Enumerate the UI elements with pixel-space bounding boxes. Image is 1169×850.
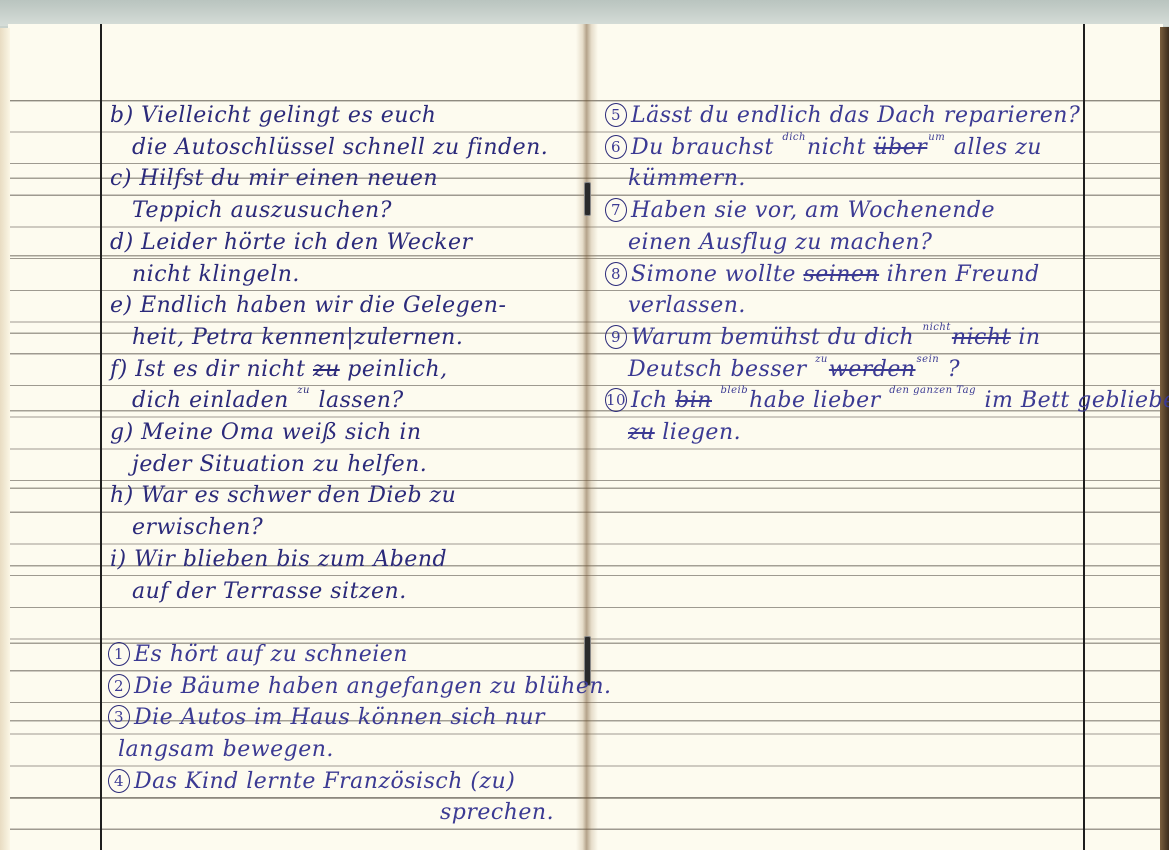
handwritten-line: sprechen. [440, 800, 554, 825]
handwritten-line: 8Simone wollte seinen ihren Freund [605, 262, 1040, 287]
handwritten-line: 7Haben sie vor, am Wochenende [605, 198, 995, 223]
handwritten-word: einen Ausflug zu machen? [628, 230, 932, 255]
handwritten-word: f) Ist es dir nicht [110, 357, 313, 382]
handwritten-line: 3Die Autos im Haus können sich nur [108, 705, 545, 730]
handwritten-line: zu liegen. [628, 420, 741, 445]
handwritten-word: sprechen. [440, 800, 554, 825]
handwritten-word: habe lieber [749, 388, 888, 413]
handwritten-line: verlassen. [628, 293, 746, 318]
handwritten-word: Die Bäume haben angefangen zu blühen. [134, 674, 612, 699]
handwritten-line: Deutsch besser zuwerdensein ? [628, 357, 960, 382]
inserted-correction: nicht [923, 322, 951, 333]
handwritten-line: h) War es schwer den Dieb zu [110, 483, 456, 508]
crossed-out-word: über [873, 135, 927, 160]
handwritten-word: Ich [631, 388, 675, 413]
inserted-correction: den ganzen Tag [889, 385, 976, 396]
staple-top [584, 182, 591, 216]
handwritten-word: kümmern. [628, 166, 746, 191]
handwritten-word: ? [940, 357, 960, 382]
crossed-out-word: werden [829, 357, 916, 382]
handwritten-line: g) Meine Oma weiß sich in [110, 420, 422, 445]
handwritten-word: nicht [807, 135, 874, 160]
handwritten-word: alles zu [946, 135, 1042, 160]
handwritten-word: Lässt du endlich das Dach reparieren? [631, 103, 1080, 128]
left-margin-line [100, 24, 102, 850]
handwritten-line: die Autoschlüssel schnell zu finden. [132, 135, 548, 160]
handwritten-line: dich einladen zu lassen? [132, 388, 404, 413]
handwritten-word: verlassen. [628, 293, 746, 318]
handwritten-line: 5Lässt du endlich das Dach reparieren? [605, 103, 1080, 128]
handwritten-word: in [1011, 325, 1041, 350]
handwritten-line: c) Hilfst du mir einen neuen [110, 166, 438, 191]
handwritten-word: peinlich, [340, 357, 448, 382]
right-margin-line [1083, 24, 1085, 850]
handwritten-word: lassen? [311, 388, 404, 413]
cover-edge-right [1160, 27, 1169, 850]
handwritten-line: 9Warum bemühst du dich nichtnicht in [605, 325, 1041, 350]
inserted-correction: um [928, 132, 945, 143]
handwritten-word: Du brauchst [631, 135, 781, 160]
handwritten-line: nicht klingeln. [132, 262, 300, 287]
handwritten-line: 1Es hört auf zu schneien [108, 642, 408, 667]
scan-background [0, 0, 1169, 26]
handwritten-line: 10Ich bin bleibhabe lieber den ganzen Ta… [605, 388, 1169, 413]
crossed-out-word: zu [313, 357, 340, 382]
crossed-out-word: seinen [803, 262, 879, 287]
circled-number: 9 [605, 325, 627, 349]
handwritten-word: Das Kind lernte Französisch (zu) [134, 769, 515, 794]
circled-number: 6 [605, 135, 627, 159]
inserted-correction: dich [782, 132, 806, 143]
notebook-spine [576, 24, 598, 850]
circled-number: 5 [605, 103, 627, 127]
handwritten-word: Es hört auf zu schneien [134, 642, 408, 667]
handwritten-line: jeder Situation zu helfen. [132, 452, 427, 477]
circled-number: 8 [605, 262, 627, 286]
handwritten-word: Die Autos im Haus können sich nur [134, 705, 545, 730]
handwritten-line: 4Das Kind lernte Französisch (zu) [108, 769, 515, 794]
circled-number: 10 [605, 388, 627, 412]
handwritten-line: 2Die Bäume haben angefangen zu blühen. [108, 674, 612, 699]
circled-number: 7 [605, 198, 627, 222]
handwritten-word: langsam bewegen. [118, 737, 334, 762]
handwritten-line: heit, Petra kennen|zulernen. [132, 325, 463, 350]
crossed-out-word: bin [675, 388, 712, 413]
handwritten-word: Deutsch besser [628, 357, 814, 382]
page-edge-left [0, 28, 10, 850]
handwritten-word: ihren Freund [879, 262, 1040, 287]
handwritten-line: e) Endlich haben wir die Gelegen- [110, 293, 506, 318]
handwritten-word: Haben sie vor, am Wochenende [631, 198, 995, 223]
circled-number: 4 [108, 769, 130, 793]
handwritten-word [712, 388, 720, 413]
inserted-correction: zu [297, 385, 310, 396]
handwritten-line: d) Leider hörte ich den Wecker [110, 230, 473, 255]
circled-number: 2 [108, 674, 130, 698]
handwritten-word: im Bett geblieben, [977, 388, 1169, 413]
handwritten-line: i) Wir blieben bis zum Abend [110, 547, 447, 572]
handwritten-line: kümmern. [628, 166, 746, 191]
inserted-correction: zu [815, 354, 828, 365]
circled-number: 1 [108, 642, 130, 666]
handwritten-word: Simone wollte [631, 262, 803, 287]
inserted-correction: sein [917, 354, 940, 365]
handwritten-line: erwischen? [132, 515, 263, 540]
handwritten-line: langsam bewegen. [118, 737, 334, 762]
handwritten-word: dich einladen [132, 388, 296, 413]
crossed-out-word: zu [628, 420, 655, 445]
inserted-correction: bleib [720, 385, 748, 396]
handwritten-line: b) Vielleicht gelingt es euch [110, 103, 436, 128]
circled-number: 3 [108, 705, 130, 729]
handwritten-word: Warum bemühst du dich [631, 325, 922, 350]
handwritten-word: liegen. [655, 420, 741, 445]
handwritten-line: Teppich auszusuchen? [132, 198, 392, 223]
handwritten-line: auf der Terrasse sitzen. [132, 579, 407, 604]
crossed-out-word: nicht [952, 325, 1011, 350]
handwritten-line: 6Du brauchst dichnicht überum alles zu [605, 135, 1042, 160]
handwritten-line: einen Ausflug zu machen? [628, 230, 932, 255]
handwritten-line: f) Ist es dir nicht zu peinlich, [110, 357, 448, 382]
